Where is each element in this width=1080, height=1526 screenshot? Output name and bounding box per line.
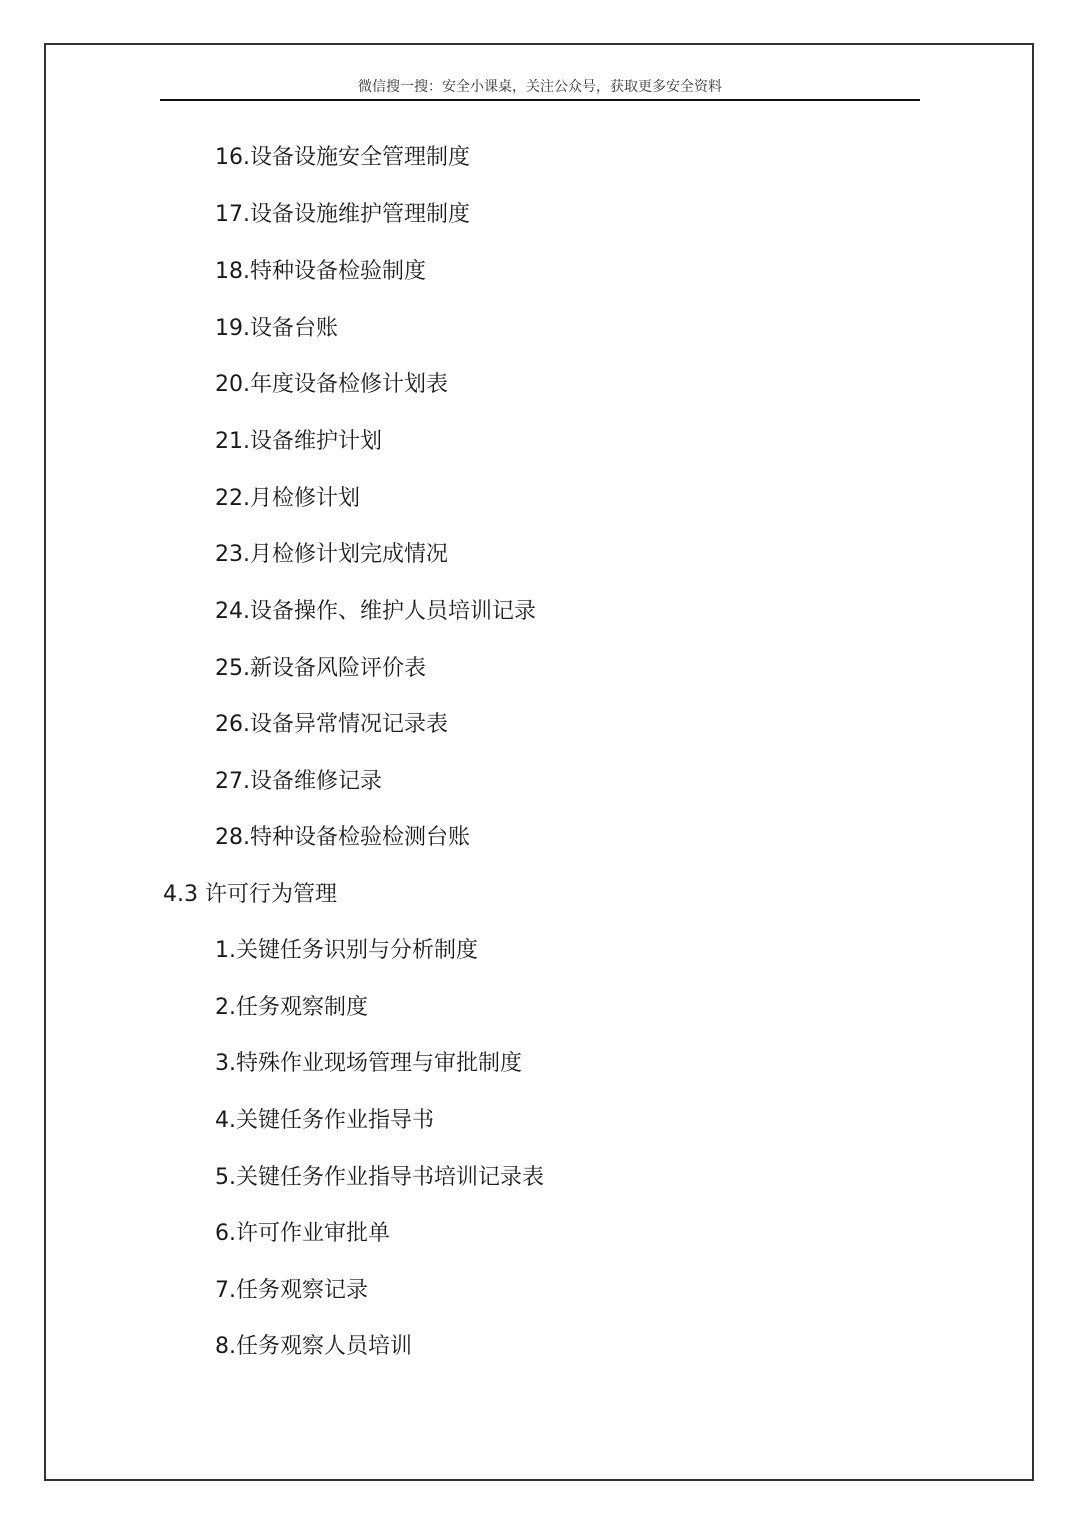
list-item: 8.任务观察人员培训 (215, 1332, 412, 1362)
list-item: 17.设备设施维护管理制度 (215, 200, 470, 230)
list-item: 18.特种设备检验制度 (215, 257, 426, 287)
list-item: 25.新设备风险评价表 (215, 654, 426, 684)
list-item: 28.特种设备检验检测台账 (215, 823, 470, 853)
list-item: 5.关键任务作业指导书培训记录表 (215, 1163, 544, 1193)
list-item: 16.设备设施安全管理制度 (215, 143, 470, 173)
list-item: 2.任务观察制度 (215, 993, 368, 1023)
list-item: 6.许可作业审批单 (215, 1219, 390, 1249)
page-header: 微信搜一搜：安全小课桌，关注公众号，获取更多安全资料 (160, 76, 920, 96)
list-item: 26.设备异常情况记录表 (215, 710, 448, 740)
list-item: 20.年度设备检修计划表 (215, 370, 448, 400)
list-item: 7.任务观察记录 (215, 1276, 368, 1306)
section-heading: 4.3 许可行为管理 (163, 880, 337, 910)
page-frame (44, 43, 1034, 1481)
list-item: 24.设备操作、维护人员培训记录 (215, 597, 536, 627)
header-divider (160, 99, 920, 101)
list-item: 27.设备维修记录 (215, 767, 382, 797)
list-item: 19.设备台账 (215, 314, 338, 344)
list-item: 23.月检修计划完成情况 (215, 540, 448, 570)
list-item: 4.关键任务作业指导书 (215, 1106, 434, 1136)
list-item: 22.月检修计划 (215, 484, 360, 514)
list-item: 3.特殊作业现场管理与审批制度 (215, 1049, 522, 1079)
list-item: 21.设备维护计划 (215, 427, 382, 457)
list-item: 1.关键任务识别与分析制度 (215, 936, 478, 966)
